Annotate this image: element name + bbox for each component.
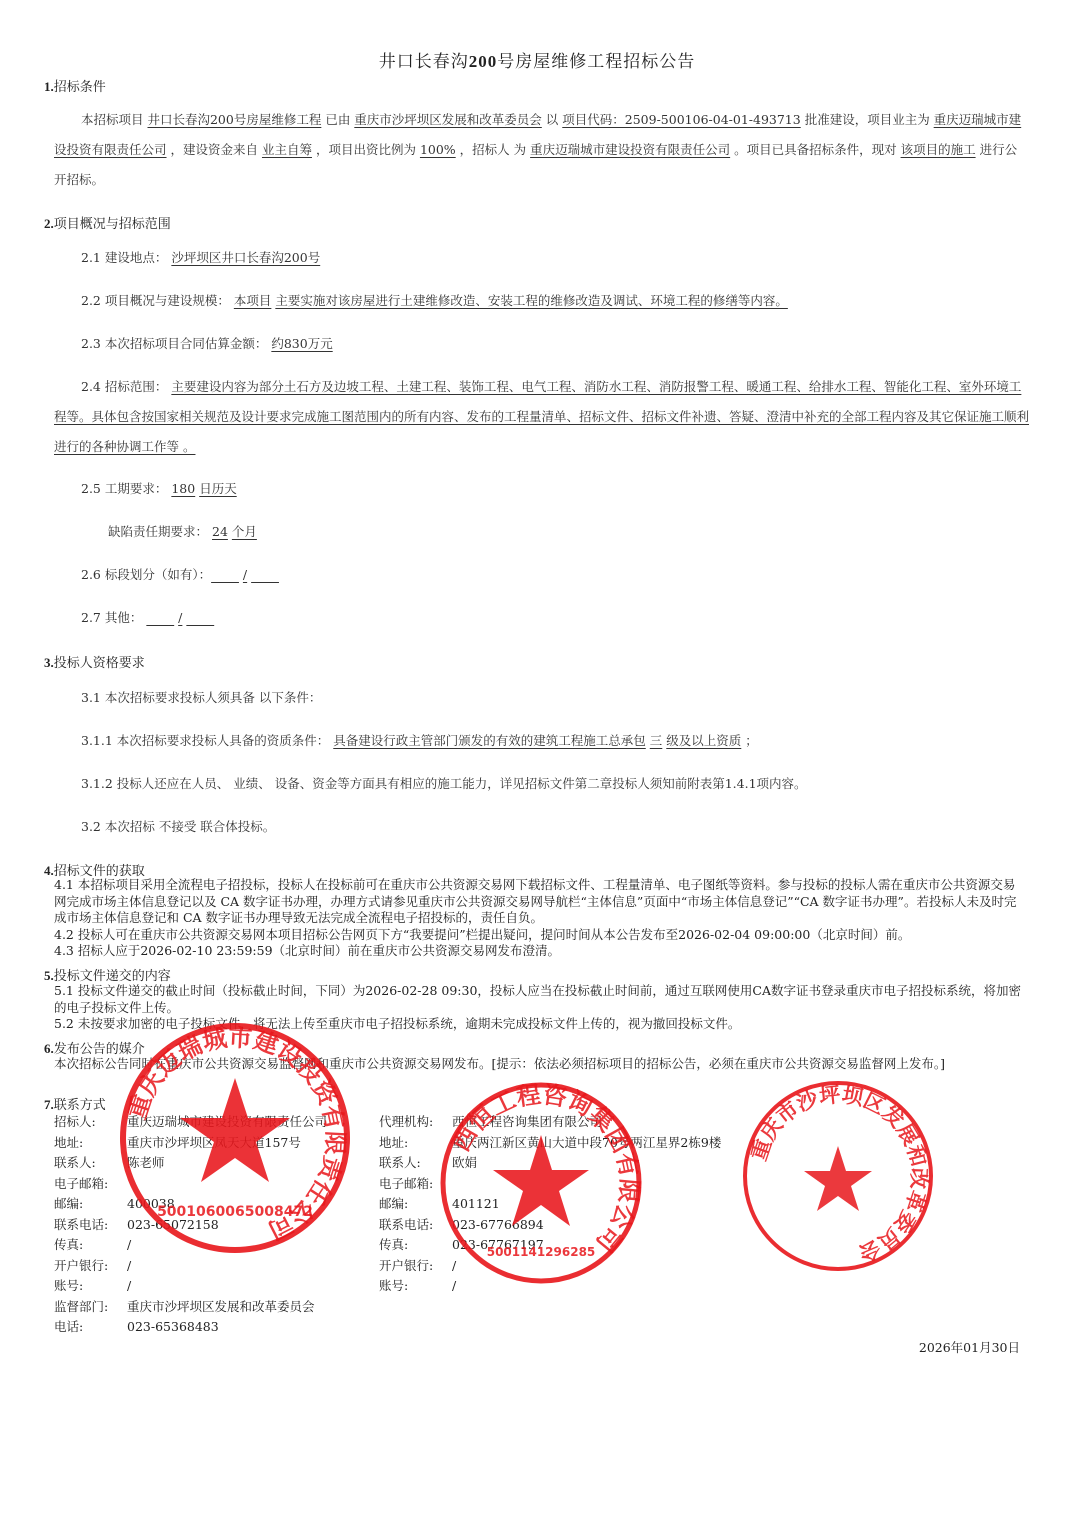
filled-value: 该项目的施工 <box>901 142 976 157</box>
item-2-6: 2.6 标段划分（如有）： / <box>81 560 279 590</box>
item-3-2: 3.2 本次招标 不接受 联合体投标。 <box>81 812 275 842</box>
section-4-body: 4.1 本招标项目采用全流程电子招投标，投标人在投标前可在重庆市公共资源交易网下… <box>54 877 1024 960</box>
section-num: 5. <box>44 968 54 983</box>
section-7-heading: 7.联系方式 <box>44 1094 106 1113</box>
contact-label: 联系电话: <box>379 1215 452 1236</box>
section-5-body: 5.1 投标文件递交的截止时间（投标截止时间，下同）为2026-02-28 09… <box>54 983 1024 1033</box>
contact-row: 代理机构:西恒工程咨询集团有限公司 <box>379 1112 721 1133</box>
contact-row: 地址:重庆市沙坪坝区凤天大道157号 <box>54 1133 327 1154</box>
static-text: 。项目已具备招标条件，现对 <box>730 142 900 157</box>
item-2-5-defect: 缺陷责任期要求： 24 个月 <box>108 517 257 547</box>
section-num: 7. <box>44 1097 54 1112</box>
title-bold: 200 <box>469 52 498 71</box>
section-heading: 投标文件递交的内容 <box>54 969 171 984</box>
item-2-1: 2.1 建设地点： 沙坪坝区井口长春沟200号 <box>81 243 320 273</box>
contact-label: 地址: <box>54 1133 127 1154</box>
contact-label: 代理机构: <box>379 1112 452 1133</box>
contact-label: 监督部门: <box>54 1297 127 1318</box>
contact-label: 电话: <box>54 1317 127 1338</box>
static-text: 本招标项目 <box>81 112 147 127</box>
item-blank <box>186 610 214 625</box>
filled-value: 重庆市沙坪坝区发展和改革委员会 <box>354 112 542 127</box>
contact-row: 电话:023-65368483 <box>54 1317 327 1338</box>
item-label: 2.5 工期要求： <box>81 481 167 496</box>
item-5-2: 5.2 未按要求加密的电子投标文件，将无法上传至重庆市电子招投标系统，逾期未完成… <box>54 1016 1024 1033</box>
item-label: 2.3 本次招标项目合同估算金额： <box>81 336 267 351</box>
contact-label: 联系人: <box>54 1153 127 1174</box>
contact-value: 欧娟 <box>452 1153 477 1174</box>
item-3-1: 3.1 本次招标要求投标人须具备 以下条件： <box>81 683 321 713</box>
filled-value: 100% <box>420 142 456 157</box>
issue-date: 2026年01月30日 <box>919 1338 1020 1356</box>
item-value: 约830万元 <box>271 336 332 351</box>
item-value: 本项目 <box>234 293 272 308</box>
item-5-1: 5.1 投标文件递交的截止时间（投标截止时间，下同）为2026-02-28 09… <box>54 983 1024 1016</box>
document-title: 井口长春沟200号房屋维修工程招标公告 <box>0 47 1074 72</box>
section-6-heading: 6.发布公告的媒介 <box>44 1038 145 1057</box>
section-2-heading: 2.项目概况与招标范围 <box>44 213 171 232</box>
contact-row: 联系电话:023-67766894 <box>379 1215 721 1236</box>
item-3-1-2: 3.1.2 投标人还应在人员、 业绩、 设备、资金等方面具有相应的施工能力，详见… <box>81 769 807 799</box>
item-2-7: 2.7 其他： / <box>81 603 214 633</box>
contact-value: 023-65368483 <box>127 1317 219 1338</box>
filled-value: 井口长春沟200号房屋维修工程 <box>147 112 321 127</box>
filled-value: 重庆迈瑞城市建设投资有限责任公司 <box>530 142 730 157</box>
contact-label: 传真: <box>379 1235 452 1256</box>
contact-value: 023-67767197 <box>452 1235 544 1256</box>
title-pre: 井口长春沟 <box>379 52 469 72</box>
contact-label: 开户银行: <box>54 1256 127 1277</box>
item-4-1: 4.1 本招标项目采用全流程电子招投标，投标人在投标前可在重庆市公共资源交易网下… <box>54 877 1024 927</box>
item-value: 具备建设行政主管部门颁发的有效的建筑工程施工总承包 <box>333 733 646 748</box>
contact-tenderer: 招标人:重庆迈瑞城市建设投资有限责任公司地址:重庆市沙坪坝区凤天大道157号联系… <box>54 1112 327 1338</box>
contact-row: 电子邮箱: <box>379 1174 721 1195</box>
contact-label: 账号: <box>54 1276 127 1297</box>
contact-row: 联系电话:023-65072158 <box>54 1215 327 1236</box>
contact-value: 重庆市沙坪坝区发展和改革委员会 <box>127 1297 315 1318</box>
contact-row: 传真:023-67767197 <box>379 1235 721 1256</box>
section-heading: 招标条件 <box>54 80 106 95</box>
static-text: ，项目出资比例为 <box>312 142 420 157</box>
contact-row: 电子邮箱: <box>54 1174 327 1195</box>
filled-value: 业主自筹 <box>262 142 312 157</box>
contact-row: 账号:/ <box>379 1276 721 1297</box>
contact-value: 西恒工程咨询集团有限公司 <box>452 1112 602 1133</box>
item-value: 主要建设内容为部分土石方及边坡工程、土建工程、装饰工程、电气工程、消防水工程、消… <box>54 379 1029 454</box>
contact-value: / <box>127 1276 131 1297</box>
contact-value <box>452 1174 456 1195</box>
contact-label: 联系电话: <box>54 1215 127 1236</box>
item-2-3: 2.3 本次招标项目合同估算金额： 约830万元 <box>81 329 333 359</box>
static-text: 已由 <box>321 112 354 127</box>
filled-value: 项目代码：2509-500106-04-01-493713 <box>562 112 800 127</box>
item-unit: 个月 <box>232 524 257 539</box>
item-label: 2.1 建设地点： <box>81 250 167 265</box>
item-value: 级及以上资质 <box>666 733 741 748</box>
contact-value: 023-65072158 <box>127 1215 219 1236</box>
contact-row: 开户银行:/ <box>379 1256 721 1277</box>
contact-row: 招标人:重庆迈瑞城市建设投资有限责任公司 <box>54 1112 327 1133</box>
section-heading: 项目概况与招标范围 <box>54 217 171 232</box>
contact-row: 监督部门:重庆市沙坪坝区发展和改革委员会 <box>54 1297 327 1318</box>
section-heading: 发布公告的媒介 <box>54 1042 145 1057</box>
contact-row: 传真:/ <box>54 1235 327 1256</box>
section-num: 6. <box>44 1041 54 1056</box>
item-label: 2.6 标段划分（如有）： <box>81 567 211 582</box>
item-blank <box>146 610 174 625</box>
contact-row: 地址:重庆两江新区黄山大道中段70号两江星界2栋9楼 <box>379 1133 721 1154</box>
contact-label: 地址: <box>379 1133 452 1154</box>
contact-row: 联系人:欧娟 <box>379 1153 721 1174</box>
tender-announcement-page: 井口长春沟200号房屋维修工程招标公告 1.招标条件 本招标项目 井口长春沟20… <box>0 0 1074 1520</box>
section-heading: 联系方式 <box>54 1098 106 1113</box>
contact-row: 开户银行:/ <box>54 1256 327 1277</box>
section-1-text: 本招标项目 井口长春沟200号房屋维修工程 已由 重庆市沙坪坝区发展和改革委员会… <box>54 105 1026 195</box>
contact-label: 邮编: <box>54 1194 127 1215</box>
contact-label: 传真: <box>54 1235 127 1256</box>
section-6-body: 本次招标公告同时在重庆市公共资源交易监督网和重庆市公共资源交易网发布。[提示：依… <box>54 1056 1024 1073</box>
section-num: 2. <box>44 216 54 231</box>
contact-value: 重庆市沙坪坝区凤天大道157号 <box>127 1133 301 1154</box>
static-text: 以 <box>542 112 562 127</box>
contact-value: 陈老师 <box>127 1153 165 1174</box>
section-num: 4. <box>44 863 54 878</box>
item-label: 缺陷责任期要求： <box>108 524 208 539</box>
contact-value: 401121 <box>452 1194 500 1215</box>
contact-label: 账号: <box>379 1276 452 1297</box>
static-text: ，建设资金来自 <box>167 142 262 157</box>
item-value: 三 <box>650 733 663 748</box>
item-value: 主要实施对该房屋进行土建维修改造、安装工程的维修改造及调试、环境工程的修缮等内容… <box>275 293 788 308</box>
contact-value: / <box>452 1276 456 1297</box>
section-1-heading: 1.招标条件 <box>44 76 106 95</box>
item-2-5: 2.5 工期要求： 180 日历天 <box>81 474 237 504</box>
item-value: / <box>178 610 182 625</box>
contact-value: 重庆迈瑞城市建设投资有限责任公司 <box>127 1112 327 1133</box>
item-label: 2.7 其他： <box>81 610 142 625</box>
contact-value: 400038 <box>127 1194 175 1215</box>
title-post: 号房屋维修工程招标公告 <box>497 52 695 72</box>
item-label: 2.2 项目概况与建设规模： <box>81 293 230 308</box>
static-text: 批准建设，项目业主为 <box>801 112 934 127</box>
static-text: ，招标人 为 <box>456 142 530 157</box>
contact-value: 023-67766894 <box>452 1215 544 1236</box>
contact-value <box>127 1174 131 1195</box>
item-4-2: 4.2 投标人可在重庆市公共资源交易网本项目招标公告网页下方“我要提问”栏提出疑… <box>54 927 1024 944</box>
contact-value: / <box>127 1256 131 1277</box>
contact-row: 邮编:401121 <box>379 1194 721 1215</box>
section-5-heading: 5.投标文件递交的内容 <box>44 965 171 984</box>
item-value: 沙坪坝区井口长春沟200号 <box>171 250 320 265</box>
item-3-1-1: 3.1.1 本次招标要求投标人具备的资质条件： 具备建设行政主管部门颁发的有效的… <box>81 726 758 756</box>
contact-row: 账号:/ <box>54 1276 327 1297</box>
item-unit: 日历天 <box>199 481 237 496</box>
contact-label: 开户银行: <box>379 1256 452 1277</box>
contact-label: 招标人: <box>54 1112 127 1133</box>
item-value: 24 <box>212 524 228 539</box>
contact-agency: 代理机构:西恒工程咨询集团有限公司地址:重庆两江新区黄山大道中段70号两江星界2… <box>379 1112 721 1297</box>
contact-label: 联系人: <box>379 1153 452 1174</box>
section-num: 3. <box>44 655 54 670</box>
stamp-supervisor-seal-icon: 重庆市沙坪坝区发展和改革委员会 <box>740 1078 936 1274</box>
item-tail: ； <box>741 733 757 748</box>
item-2-2: 2.2 项目概况与建设规模： 本项目 主要实施对该房屋进行土建维修改造、安装工程… <box>81 286 788 316</box>
item-value <box>211 567 239 582</box>
item-value: 180 <box>171 481 195 496</box>
contact-value: 重庆两江新区黄山大道中段70号两江星界2栋9楼 <box>452 1133 721 1154</box>
item-label: 3.1.1 本次招标要求投标人具备的资质条件： <box>81 733 329 748</box>
section-num: 1. <box>44 79 54 94</box>
item-4-3: 4.3 招标人应于2026-02-10 23:59:59（北京时间）前在重庆市公… <box>54 943 1024 960</box>
contact-label: 电子邮箱: <box>379 1174 452 1195</box>
contact-value: / <box>452 1256 456 1277</box>
contact-row: 邮编:400038 <box>54 1194 327 1215</box>
contact-row: 联系人:陈老师 <box>54 1153 327 1174</box>
contact-label: 邮编: <box>379 1194 452 1215</box>
item-blank <box>251 567 279 582</box>
item-label: 2.4 招标范围： <box>81 379 167 394</box>
contact-value: / <box>127 1235 131 1256</box>
svg-text:重庆市沙坪坝区发展和改革委员会: 重庆市沙坪坝区发展和改革委员会 <box>747 1082 932 1265</box>
section-3-heading: 3.投标人资格要求 <box>44 652 145 671</box>
contact-label: 电子邮箱: <box>54 1174 127 1195</box>
item-value: / <box>243 567 247 582</box>
section-heading: 投标人资格要求 <box>54 656 145 671</box>
item-2-4: 2.4 招标范围： 主要建设内容为部分土石方及边坡工程、土建工程、装饰工程、电气… <box>54 372 1029 462</box>
